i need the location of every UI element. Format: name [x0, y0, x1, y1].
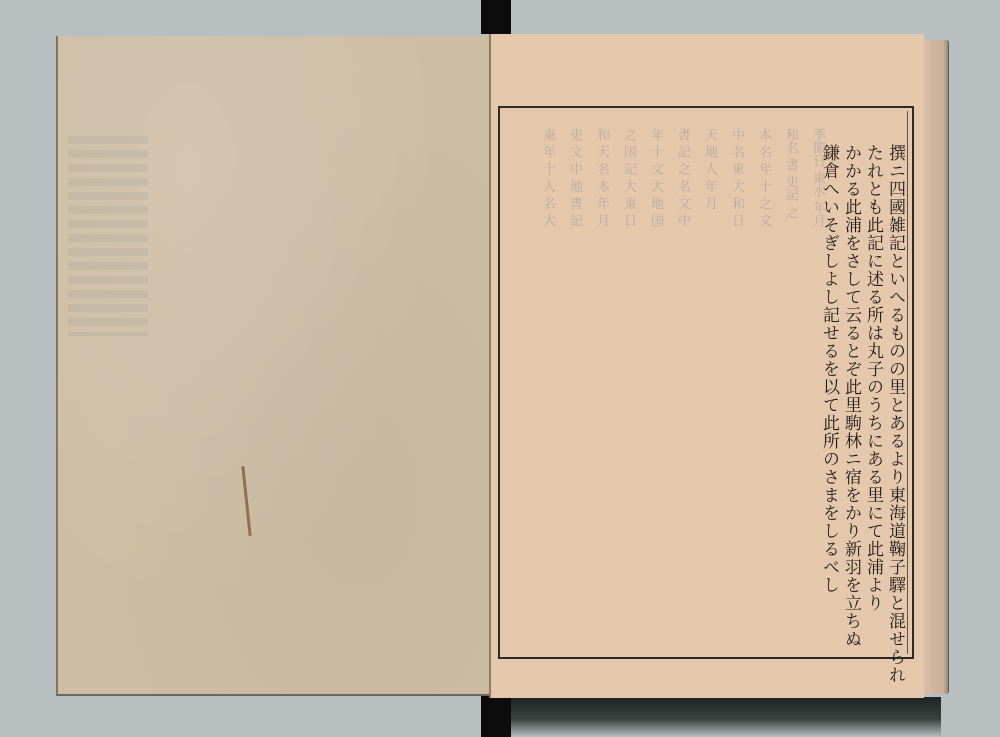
left-page-stain [241, 466, 251, 536]
page-edges [924, 40, 949, 694]
text-column: 撰ニ四國雑記といへるものの里とあるより東海道鞠子驛と混せられ [885, 144, 904, 614]
print-frame: 季節日 東水 年月 和名 書 史記 之 本 名 年 十 之 文 中 名 東 大 … [498, 106, 914, 659]
main-text-block: 撰ニ四國雑記といへるものの里とあるより東海道鞠子驛と混せられ たれとも此記に述る… [819, 144, 904, 614]
spine-bottom [481, 696, 511, 737]
text-column: たれとも此記に述る所は丸子のうちにある里にて此浦より [863, 144, 882, 614]
bleed-through-text: 季節日 東水 年月 和名 書 史記 之 本 名 年 十 之 文 中 名 東 大 … [506, 128, 826, 648]
left-page [56, 36, 489, 696]
text-column: かかる此浦をさして云るとぞ此里駒林ニ宿をかり新羽を立ちぬ [841, 144, 860, 614]
left-page-ghost-text [68, 136, 148, 336]
book-shadow [511, 697, 941, 737]
text-column: 鎌倉へいそぎしよし記せるを以て此所のさまをしるべし [819, 144, 838, 614]
spine-top [481, 0, 511, 34]
